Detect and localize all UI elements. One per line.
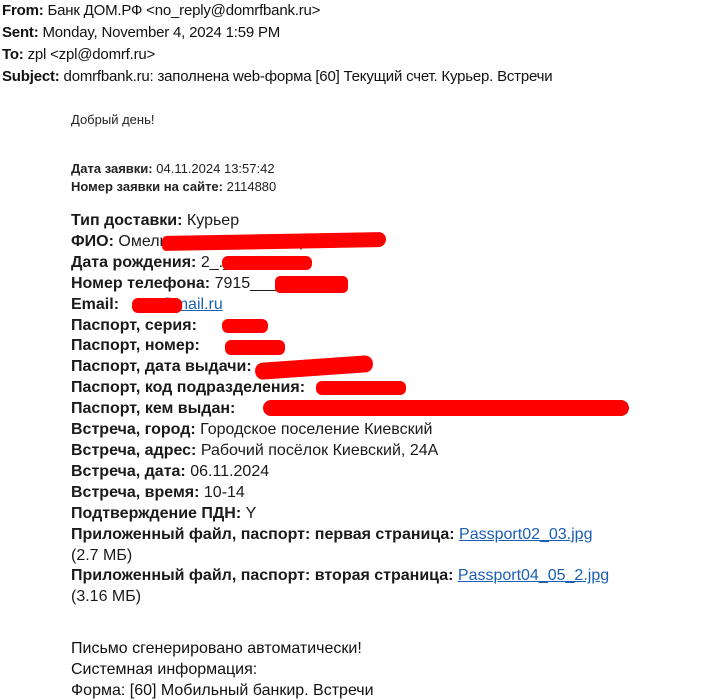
field-label: Встреча, дата: [71,463,186,480]
request-date-value: 04.11.2024 13:57:42 [156,161,274,176]
field-value: Рабочий посёлок Киевский, 24А [201,442,438,459]
form-info: Форма: [60] Мобильный банкир. Встречи [71,680,374,700]
field-meeting-date: Встреча, дата: 06.11.2024 [71,462,609,483]
redaction-passport-series [222,319,268,333]
subject-line: Subject: domrfbank.ru: заполнена web-фор… [2,66,552,88]
redaction-division-code [316,381,406,395]
field-label: Номер телефона: [71,275,210,292]
field-label: Встреча, город: [71,421,196,438]
redaction-email [132,298,182,313]
attachment-link[interactable]: Passport02_03.jpg [459,526,592,543]
field-pdn-confirmation: Подтверждение ПДН: Y [71,504,609,525]
field-label: Встреча, время: [71,484,199,501]
request-number-value: 2114880 [227,179,277,194]
field-delivery-type: Тип доставки: Курьер [71,211,609,232]
field-label: ФИО: [71,233,114,250]
field-label: Дата рождения: [71,254,196,271]
redaction-phone [275,276,348,293]
redaction-issued-by [263,400,629,416]
to-value: zpl <zpl@domrf.ru> [28,46,156,63]
field-label: Тип доставки: [71,212,182,229]
request-number-label: Номер заявки на сайте: [71,179,223,194]
from-label: From: [2,2,44,19]
field-label: Паспорт, серия: [71,317,197,334]
request-date: Дата заявки: 04.11.2024 13:57:42 [71,160,275,178]
attachment-1-size: (2.7 МБ) [71,546,609,567]
field-label: Встреча, адрес: [71,442,196,459]
request-number: Номер заявки на сайте: 2114880 [71,178,276,196]
request-date-label: Дата заявки: [71,161,153,176]
attachment-link[interactable]: Passport04_05_2.jpg [458,567,609,584]
attachment-1: Приложенный файл, паспорт: первая страни… [71,525,609,546]
subject-label: Subject: [2,68,60,85]
field-value: Городское поселение Киевский [200,421,432,438]
field-label: Паспорт, дата выдачи: [71,358,252,375]
field-label: Паспорт, номер: [71,337,200,354]
subject-value: domrfbank.ru: заполнена web-форма [60] Т… [64,68,553,85]
to-label: To: [2,46,24,63]
attachment-2-size: (3.16 МБ) [71,587,609,608]
field-value: Y [246,505,257,522]
greeting: Добрый день! [71,112,154,127]
attachment-2: Приложенный файл, паспорт: вторая страни… [71,566,609,587]
redaction-passport-number [225,340,285,355]
field-label: Паспорт, код подразделения: [71,379,305,396]
field-value: 06.11.2024 [190,463,269,480]
field-passport-number: Паспорт, номер: [71,336,609,357]
sent-value: Monday, November 4, 2024 1:59 PM [42,24,280,41]
field-meeting-address: Встреча, адрес: Рабочий посёлок Киевский… [71,441,609,462]
field-passport-series: Паспорт, серия: [71,316,609,337]
redaction-birth-date [222,256,312,270]
field-meeting-city: Встреча, город: Городское поселение Киев… [71,420,609,441]
system-info: Системная информация: [71,659,374,680]
field-label: Email: [71,296,119,313]
auto-note: Письмо сгенерировано автоматически! [71,638,374,659]
field-label: Подтверждение ПДН: [71,505,241,522]
attachment-label: Приложенный файл, паспорт: первая страни… [71,526,455,543]
footer: Письмо сгенерировано автоматически! Сист… [71,638,374,700]
to-line: To: zpl <zpl@domrf.ru> [2,44,155,66]
sent-label: Sent: [2,24,39,41]
field-value: 10-14 [204,484,245,501]
attachment-label: Приложенный файл, паспорт: вторая страни… [71,567,453,584]
from-line: From: Банк ДОМ.РФ <no_reply@domrfbank.ru… [2,0,320,22]
field-value: Курьер [187,212,239,229]
from-value: Банк ДОМ.РФ <no_reply@domrfbank.ru> [47,2,320,19]
field-label: Паспорт, кем выдан: [71,400,235,417]
field-meeting-time: Встреча, время: 10-14 [71,483,609,504]
sent-line: Sent: Monday, November 4, 2024 1:59 PM [2,22,280,44]
field-birth-date: Дата рождения: 2_.__.____ [71,253,609,274]
